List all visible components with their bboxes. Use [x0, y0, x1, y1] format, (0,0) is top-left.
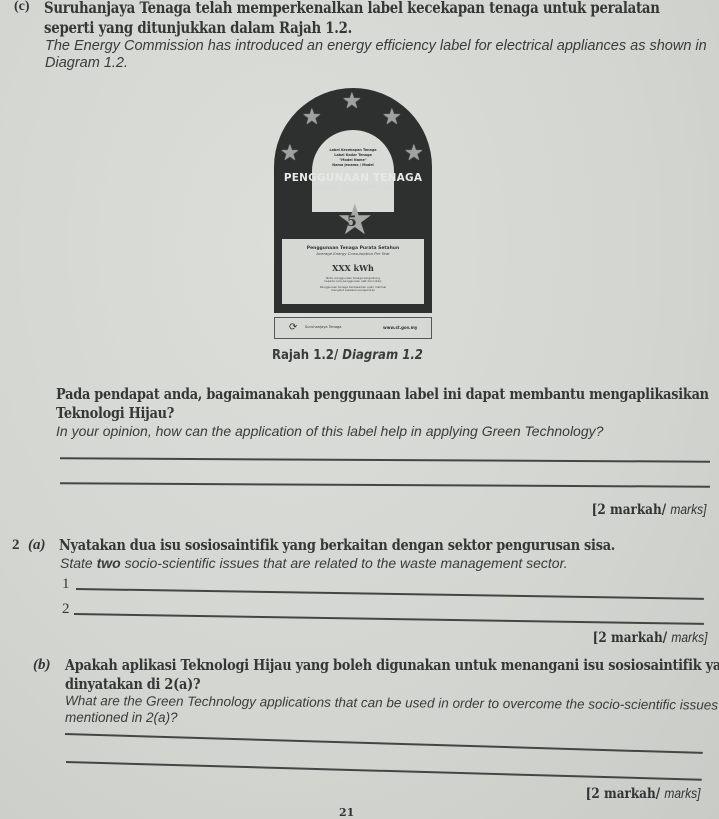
label-footer: ⟳ Suruhanjaya Tenaga www.st.gov.my [274, 317, 432, 339]
answer-line[interactable] [66, 761, 702, 780]
marks-malay: [2 markah/ [585, 786, 659, 802]
question-text-english: State two socio-scientific issues that a… [60, 555, 568, 571]
consumption-value: XXX kWh [282, 263, 424, 273]
question-text-malay: Nyatakan dua isu sosiosaintifik yang ber… [59, 536, 615, 554]
star-icon: ★ [302, 106, 322, 128]
star-icon: ★ [382, 106, 402, 128]
label-title: PENGGUNAAN TENAGA [274, 172, 432, 184]
marks-label: [2 markah/ marks] [591, 501, 706, 518]
answer-number: 1 [62, 576, 70, 593]
caption-malay: Rajah 1.2/ [272, 348, 338, 363]
consumption-subtitle: Average Energy Consumption Per Year [282, 251, 424, 256]
question-part-label: (a) [28, 537, 46, 554]
label-subtitle: ENERGY CONSUMPTION [274, 185, 432, 191]
arch-text: Nama Jenama / Model [312, 163, 394, 168]
footer-url: www.st.gov.my [383, 325, 417, 330]
question-text-malay: Apakah aplikasi Teknologi Hijau yang bol… [65, 656, 719, 674]
answer-line-2[interactable] [74, 613, 704, 624]
question-part-label: (b) [33, 657, 51, 674]
marks-label: [2 markah/ marks] [592, 629, 707, 646]
marks-english: marks] [670, 501, 706, 517]
diagram-caption: Rajah 1.2/ Diagram 1.2 [272, 348, 423, 363]
energy-commission-logo-icon: ⟳ [289, 322, 297, 333]
answer-number: 2 [62, 601, 70, 618]
label-consumption-box: Penggunaan Tenaga Purata Setahun Average… [282, 239, 424, 304]
page-number: 21 [339, 806, 354, 819]
prompt-malay: Pada pendapat anda, bagaimanakah penggun… [56, 385, 709, 403]
answer-line-1[interactable] [76, 588, 704, 599]
question-text-english: mentioned in 2(a)? [65, 710, 178, 725]
marks-label: [2 markah/ marks] [585, 785, 700, 802]
caption-english: Diagram 1.2 [342, 348, 423, 363]
star-icon: ★ [404, 142, 424, 164]
question-text-english: The Energy Commission has introduced an … [45, 38, 707, 54]
marks-english: marks] [664, 785, 700, 801]
star-icon: ★ [342, 90, 362, 112]
question-text-malay: seperti yang ditunjukkan dalam Rajah 1.2… [44, 18, 352, 37]
question-text-malay: dinyatakan di 2(a)? [65, 675, 200, 693]
question-text-english: Diagram 1.2. [45, 55, 128, 71]
english-prefix: State [60, 555, 97, 571]
english-suffix: socio-scientific issues that are related… [121, 555, 568, 571]
star-icon: ★ [280, 142, 300, 164]
energy-efficiency-label-diagram: Label Kecekapan Tenaga Label Kadar Tenag… [270, 88, 436, 343]
prompt-malay: Teknologi Hijau? [56, 404, 174, 422]
footer-organisation: Suruhanjaya Tenaga [305, 325, 342, 329]
marks-malay: [2 markah/ [591, 502, 665, 518]
prompt-english: In your opinion, how can the application… [56, 423, 603, 439]
question-text-malay: Suruhanjaya Tenaga telah memperkenalkan … [44, 0, 660, 17]
marks-english: marks] [671, 629, 707, 645]
marks-malay: [2 markah/ [592, 630, 666, 646]
english-emphasis: two [97, 555, 121, 571]
question-part-label: (c) [14, 0, 30, 15]
answer-line[interactable] [60, 482, 710, 487]
answer-line[interactable] [65, 733, 703, 753]
question-number: 2 [12, 537, 20, 554]
answer-line[interactable] [60, 457, 710, 462]
fineprint: mengikut piawaian pengukuran [282, 289, 424, 292]
star-rating-number: 5 [347, 214, 357, 230]
